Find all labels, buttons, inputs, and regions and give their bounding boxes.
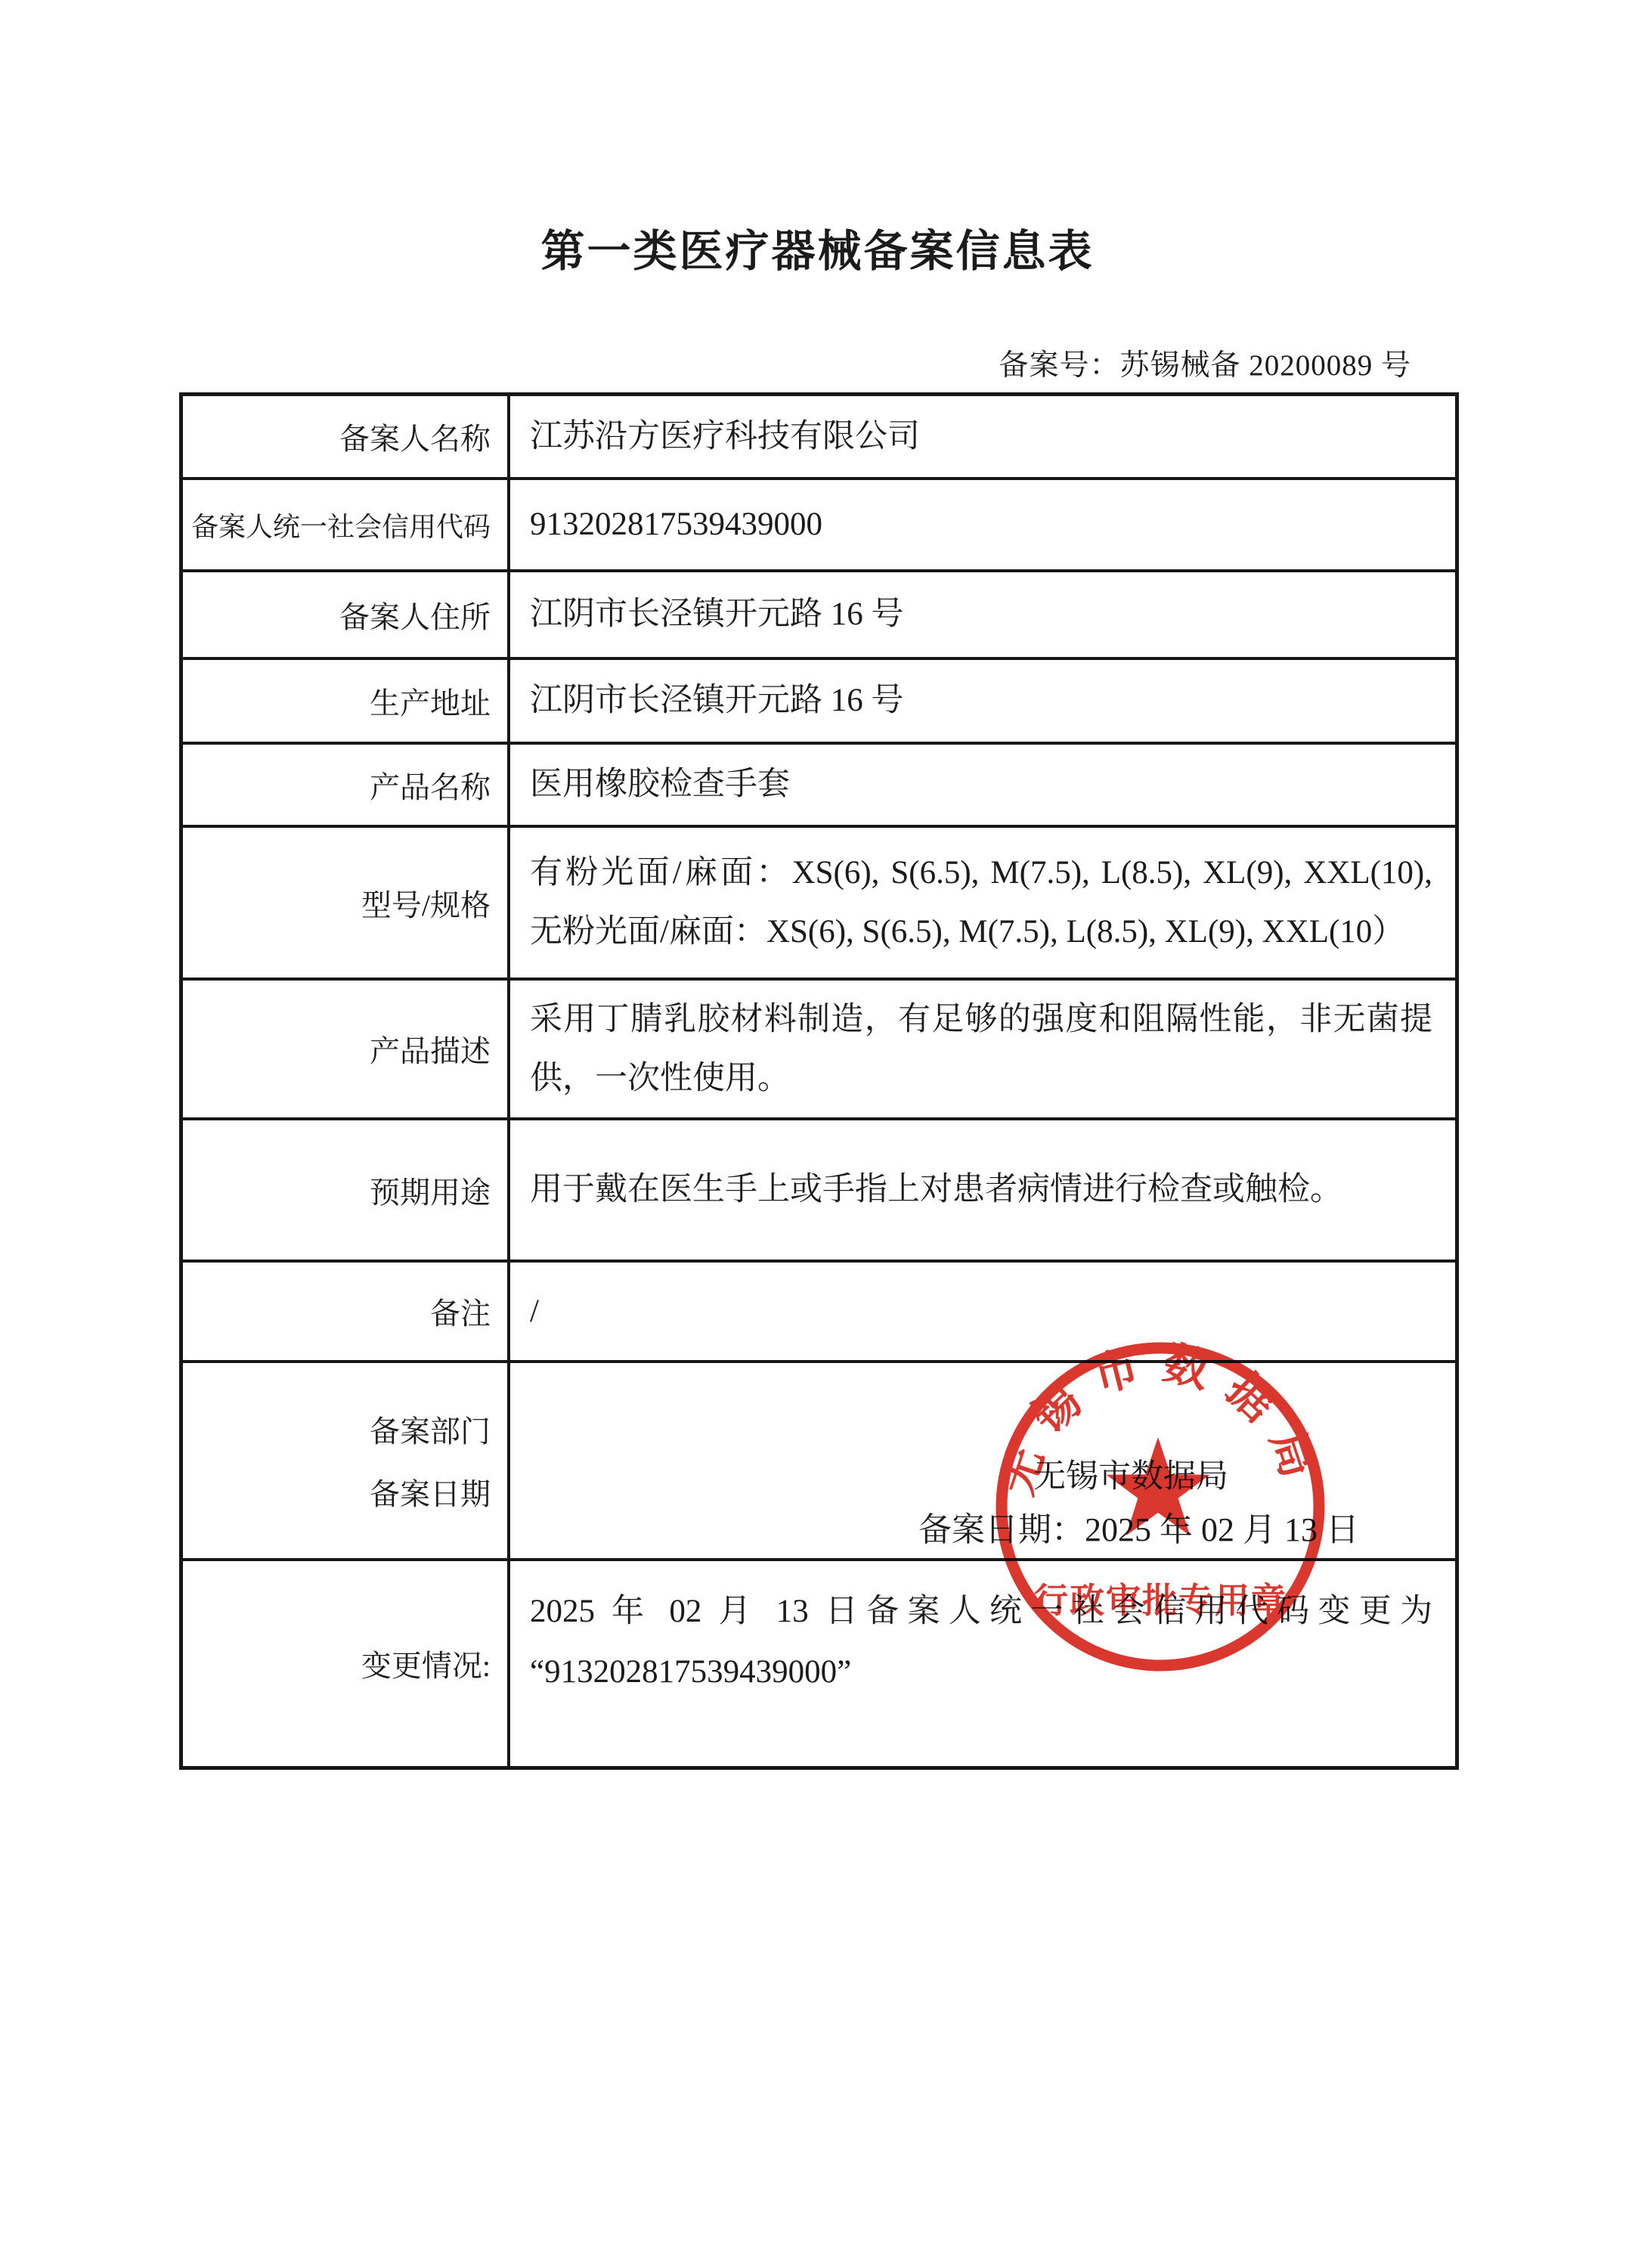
table-row-product-description: 产品描述 采用丁腈乳胶材料制造，有足够的强度和阻隔性能，非无菌提供，一次性使用。 bbox=[183, 981, 1455, 1120]
row-value: 无锡市数据局 备案日期：2025 年 02 月 13 日 bbox=[510, 1363, 1455, 1558]
document-page: 第一类医疗器械备案信息表 备案号：苏锡械备 20200089 号 备案人名称 江… bbox=[0, 0, 1635, 2268]
department-name: 无锡市数据局 bbox=[1033, 1448, 1228, 1507]
row-value: 江阴市长泾镇开元路 16 号 bbox=[510, 572, 1455, 657]
row-value-text: 江阴市长泾镇开元路 16 号 bbox=[530, 585, 1432, 644]
row-value: 有粉光面/麻面：XS(6), S(6.5), M(7.5), L(8.5), X… bbox=[510, 828, 1455, 978]
label-filing-department: 备案部门 bbox=[370, 1408, 491, 1451]
row-value: 913202817539439000 bbox=[510, 480, 1455, 569]
row-label: 产品描述 bbox=[183, 981, 510, 1117]
row-value-text: / bbox=[530, 1282, 1432, 1341]
row-label: 型号/规格 bbox=[183, 828, 510, 978]
row-label: 备注 bbox=[183, 1263, 510, 1360]
row-value: 用于戴在医生手上或手指上对患者病情进行检查或触检。 bbox=[510, 1120, 1455, 1259]
row-value-text: 用于戴在医生手上或手指上对患者病情进行检查或触检。 bbox=[530, 1160, 1432, 1219]
row-value-text: 采用丁腈乳胶材料制造，有足够的强度和阻隔性能，非无菌提供，一次性使用。 bbox=[530, 990, 1432, 1108]
filing-info-table: 备案人名称 江苏沿方医疗科技有限公司 备案人统一社会信用代码 913202817… bbox=[179, 392, 1459, 1770]
table-row-filing-department-date: 备案部门 备案日期 无锡市数据局 备案日期：2025 年 02 月 13 日 bbox=[183, 1363, 1455, 1561]
row-value: 江阴市长泾镇开元路 16 号 bbox=[510, 660, 1455, 742]
filing-number: 备案号：苏锡械备 20200089 号 bbox=[999, 342, 1411, 384]
row-label: 备案人住所 bbox=[183, 572, 510, 657]
row-value-text: 江苏沿方医疗科技有限公司 bbox=[530, 407, 1432, 466]
page-title: 第一类医疗器械备案信息表 bbox=[0, 215, 1635, 279]
row-label: 备案部门 备案日期 bbox=[183, 1363, 510, 1558]
change-status-line1: 2025 年 02 月 13 日备案人统一社会信用代码变更为 bbox=[530, 1582, 1432, 1641]
row-label: 产品名称 bbox=[183, 745, 510, 825]
table-row-credit-code: 备案人统一社会信用代码 913202817539439000 bbox=[183, 480, 1455, 572]
table-row-model-spec: 型号/规格 有粉光面/麻面：XS(6), S(6.5), M(7.5), L(8… bbox=[183, 828, 1455, 981]
table-row-product-name: 产品名称 医用橡胶检查手套 bbox=[183, 745, 1455, 828]
row-value: 2025 年 02 月 13 日备案人统一社会信用代码变更为 “91320281… bbox=[510, 1561, 1455, 1766]
table-row-intended-use: 预期用途 用于戴在医生手上或手指上对患者病情进行检查或触检。 bbox=[183, 1120, 1455, 1263]
change-status-line2: “913202817539439000” bbox=[530, 1643, 851, 1702]
row-value: / bbox=[510, 1263, 1455, 1360]
table-row-filer-name: 备案人名称 江苏沿方医疗科技有限公司 bbox=[183, 396, 1455, 480]
table-row-filer-address: 备案人住所 江阴市长泾镇开元路 16 号 bbox=[183, 572, 1455, 660]
table-row-production-address: 生产地址 江阴市长泾镇开元路 16 号 bbox=[183, 660, 1455, 745]
row-value-text: 医用橡胶检查手套 bbox=[530, 755, 1432, 814]
label-filing-date: 备案日期 bbox=[370, 1470, 491, 1514]
row-value: 江苏沿方医疗科技有限公司 bbox=[510, 396, 1455, 477]
filing-date-line: 备案日期：2025 年 02 月 13 日 bbox=[918, 1501, 1359, 1560]
row-value-text: 江阴市长泾镇开元路 16 号 bbox=[530, 671, 1432, 730]
row-value-text: 913202817539439000 bbox=[530, 495, 1432, 554]
row-value-text: 有粉光面/麻面：XS(6), S(6.5), M(7.5), L(8.5), X… bbox=[530, 844, 1432, 962]
row-label: 生产地址 bbox=[183, 660, 510, 742]
row-value: 采用丁腈乳胶材料制造，有足够的强度和阻隔性能，非无菌提供，一次性使用。 bbox=[510, 981, 1455, 1117]
row-label: 备案人统一社会信用代码 bbox=[183, 480, 510, 569]
row-label: 预期用途 bbox=[183, 1120, 510, 1259]
table-row-remarks: 备注 / bbox=[183, 1263, 1455, 1363]
row-label: 变更情况: bbox=[183, 1561, 510, 1766]
row-label: 备案人名称 bbox=[183, 396, 510, 477]
table-row-change-status: 变更情况: 2025 年 02 月 13 日备案人统一社会信用代码变更为 “91… bbox=[183, 1561, 1455, 1766]
row-value: 医用橡胶检查手套 bbox=[510, 745, 1455, 825]
